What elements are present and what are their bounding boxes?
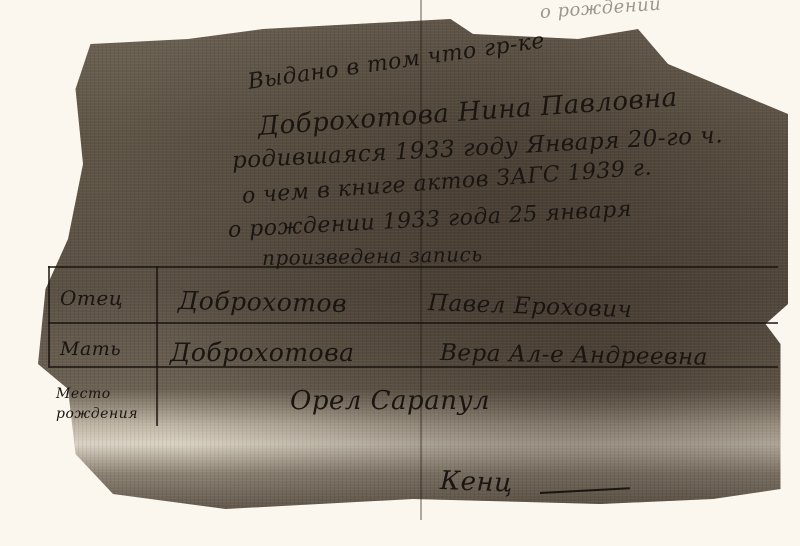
row-label-birthplace: Место рождения [56,384,156,424]
mother-surname: Доброхотова [170,338,355,367]
signature: Кенц [439,466,513,499]
row-label-mother: Мать [60,338,121,360]
father-surname: Доброхотов [178,286,348,318]
table-col-divider [156,266,158,426]
birthplace-value: Орел Сарапул [290,386,490,416]
header-text: о рождении [539,0,662,23]
mother-name-patronymic: Вера Ал-е Андреевна [440,340,708,371]
row-label-father: Отец [60,286,123,310]
document-page: о рождении Выдано в том что гр-ке Доброх… [0,0,800,546]
table-left-border [48,266,50,366]
